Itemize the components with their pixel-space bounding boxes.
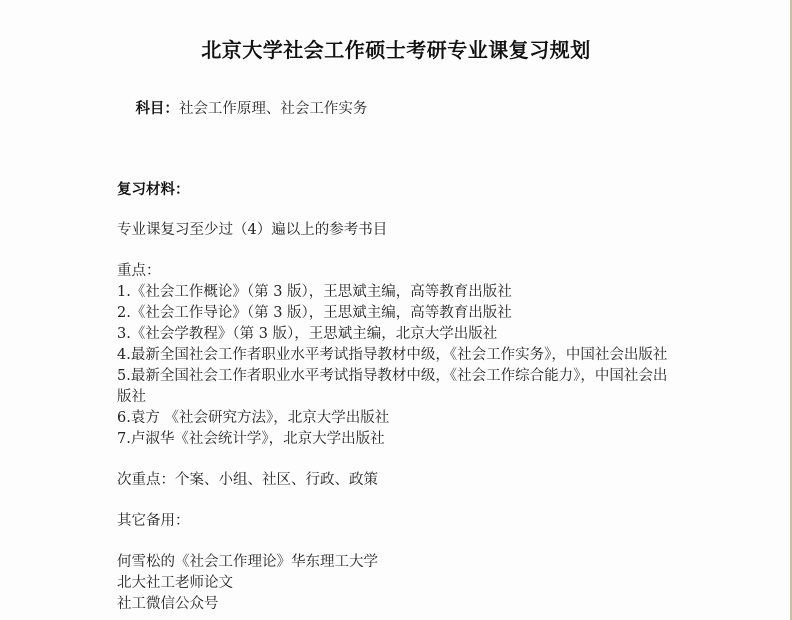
list-item: 北大社工老师论文 <box>117 573 677 594</box>
list-item: 5.最新全国社会工作者职业水平考试指导教材中级，《社会工作综合能力》，中国社会出… <box>117 366 677 408</box>
list-item: 1.《社会工作概论》（第 3 版），王思斌主编，高等教育出版社 <box>117 282 677 303</box>
list-item: 3.《社会学教程》（第 3 版），王思斌主编，北京大学出版社 <box>117 324 677 345</box>
list-item: 6.袁方 《社会研究方法》，北京大学出版社 <box>117 408 677 429</box>
document-body: 科目：社会工作原理、社会工作实务 复习材料： 专业课复习至少过（4）遍以上的参考… <box>117 78 677 615</box>
key-points-list: 1.《社会工作概论》（第 3 版），王思斌主编，高等教育出版社 2.《社会工作导… <box>117 282 677 450</box>
subject-line: 科目：社会工作原理、社会工作实务 <box>117 78 677 141</box>
secondary-points: 次重点：个案、小组、社区、行政、政策 <box>117 470 677 491</box>
list-item: 2.《社会工作导论》（第 3 版），王思斌主编，高等教育出版社 <box>117 303 677 324</box>
list-item: 4.最新全国社会工作者职业水平考试指导教材中级，《社会工作实务》，中国社会出版社 <box>117 345 677 366</box>
materials-intro: 专业课复习至少过（4）遍以上的参考书目 <box>117 220 677 241</box>
materials-heading: 复习材料： <box>117 180 677 201</box>
document-title: 北京大学社会工作硕士考研专业课复习规划 <box>0 34 792 63</box>
subject-value: 社会工作原理、社会工作实务 <box>179 101 368 117</box>
list-item: 7.卢淑华《社会统计学》，北京大学出版社 <box>117 429 677 450</box>
list-item: 社工微信公众号 <box>117 594 677 615</box>
other-heading: 其它备用： <box>117 511 677 532</box>
list-item: 何雪松的《社会工作理论》华东理工大学 <box>117 552 677 573</box>
subject-label: 科目： <box>135 101 179 117</box>
key-points-heading: 重点： <box>117 261 677 282</box>
other-list: 何雪松的《社会工作理论》华东理工大学 北大社工老师论文 社工微信公众号 <box>117 552 677 615</box>
